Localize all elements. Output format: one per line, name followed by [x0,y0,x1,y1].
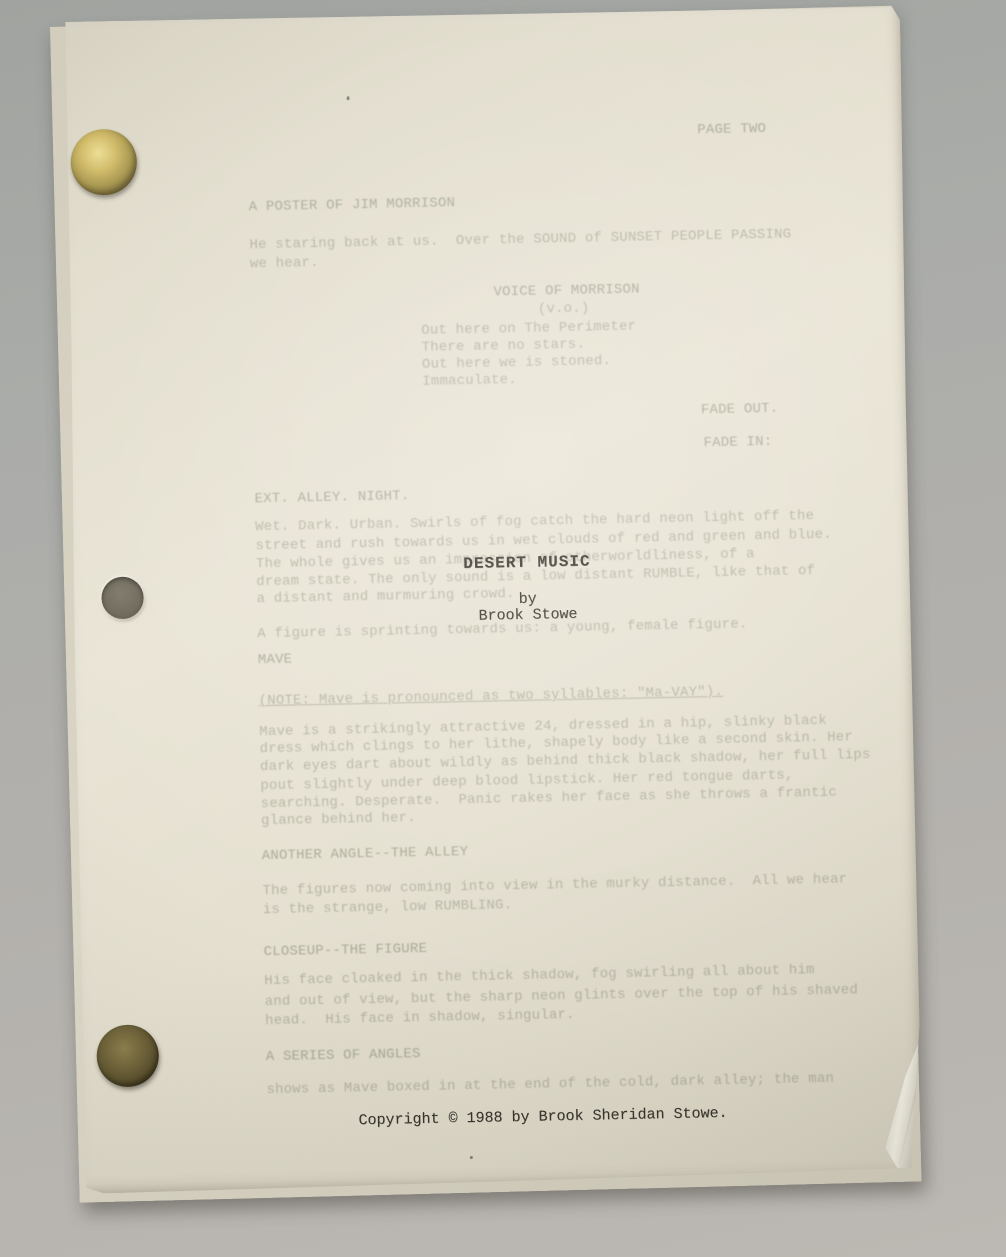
bleed-transition: FADE IN: [703,434,772,452]
bleed-text-line: shows as Mave boxed in at the end of the… [266,1071,834,1099]
script-title: DESERT MUSIC [447,552,607,573]
bleed-character-name: MAVE [258,652,293,670]
author-name: Brook Stowe [448,605,608,625]
bleed-scene-heading: A SERIES OF ANGLES [266,1046,421,1066]
bleed-scene-heading: EXT. ALLEY. NIGHT. [254,488,409,508]
bleed-character-cue: VOICE OF MORRISON [493,281,640,301]
bleed-lyric-line: Immaculate. [422,372,517,391]
bleed-scene-heading: CLOSEUP--THE FIGURE [264,941,428,961]
bleed-text-line: head. His face in shadow, singular. [265,1007,575,1030]
bleed-text-line: is the strange, low RUMBLING. [263,897,513,919]
bleed-text-line: glance behind her. [261,810,416,830]
bleed-text-line: we hear. [250,255,319,273]
copyright-line: Copyright © 1988 by Brook Sheridan Stowe… [343,1105,743,1130]
bleed-text-line: He staring back at us. Over the SOUND of… [249,226,791,254]
bleed-transition: FADE OUT. [701,401,779,420]
bleed-lyric-line: Out here on The Perimeter [421,319,636,340]
brass-brad-bottom [96,1024,159,1087]
bleed-text-line: The figures now coming into view in the … [262,871,847,900]
punched-hole-middle [101,576,144,619]
dust-speck [347,96,350,100]
bleed-parenthetical: (v.o.) [538,300,590,318]
brass-brad-top [70,129,137,196]
photo-backdrop: PAGE TWO A POSTER OF JIM MORRISON He sta… [0,0,1006,1257]
bleed-scene-heading: A POSTER OF JIM MORRISON [249,195,456,216]
bleed-lyric-line: Out here we is stoned. [422,353,612,374]
bleed-scene-heading: ANOTHER ANGLE--THE ALLEY [262,844,469,865]
script-title-page: PAGE TWO A POSTER OF JIM MORRISON He sta… [62,5,923,1194]
bleed-page-header: PAGE TWO [697,121,766,139]
bleed-note-line: (NOTE: Mave is pronounced as two syllabl… [259,684,724,710]
dust-speck [470,1156,473,1159]
